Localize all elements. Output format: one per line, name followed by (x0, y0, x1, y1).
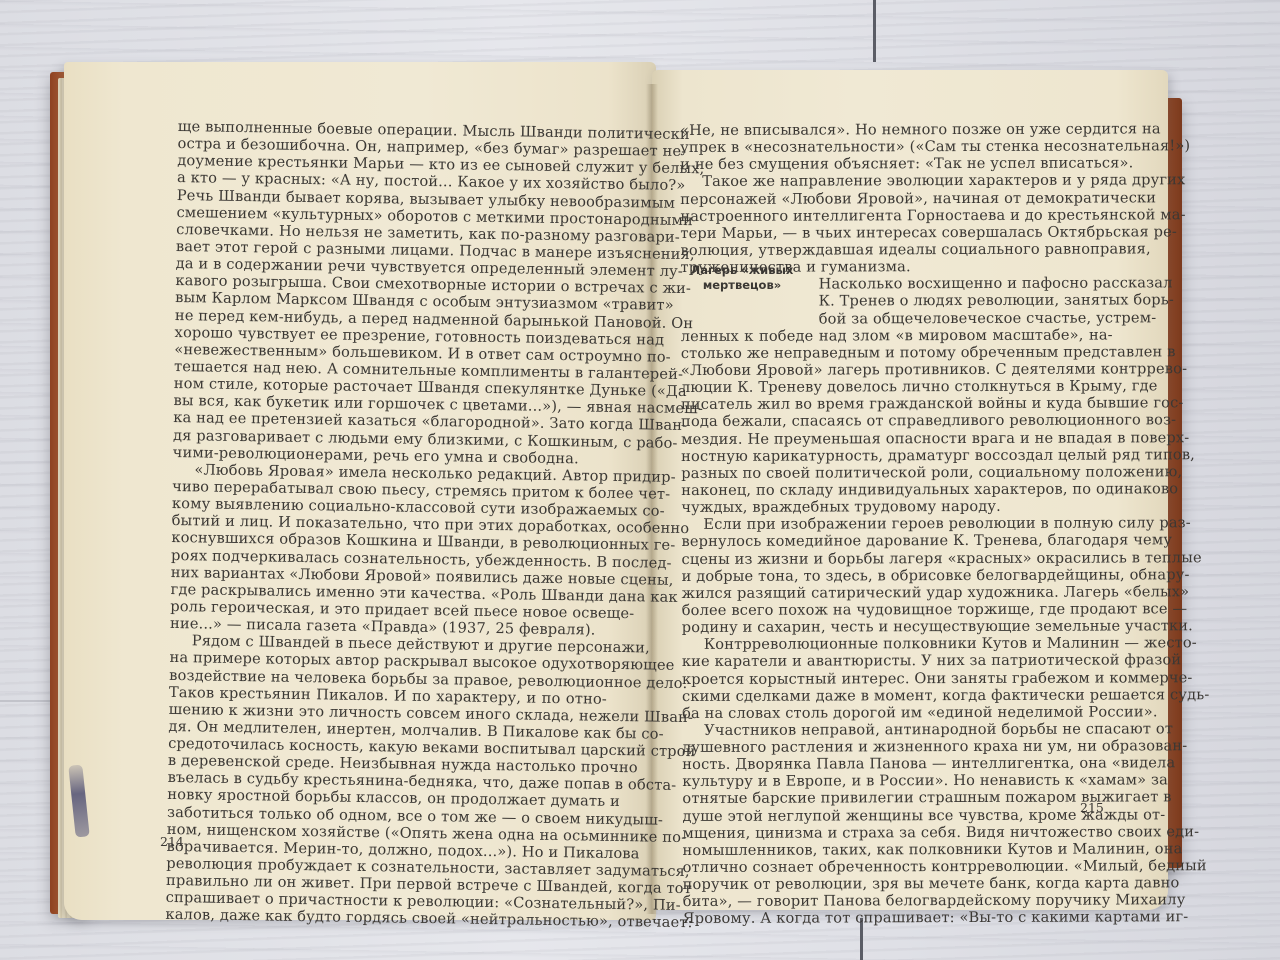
text-line: Такое же направление эволюции характеров… (680, 172, 1112, 191)
text-line: Насколько восхищенно и пафосно рассказал (819, 275, 1113, 293)
text-line: культуру и в Европе, и в России». Но нен… (682, 772, 1114, 791)
text-line: разных по своей политической роли, социа… (681, 463, 1113, 482)
text-line: люции К. Треневу довелось лично столкнут… (681, 378, 1113, 397)
text-line: волюция, утверждавшая идеалы социального… (680, 240, 1112, 259)
text-line: чуждых, враждебных трудовому народу. (681, 498, 1113, 517)
text-line: ленных к победе над злом «в мировом масш… (681, 326, 1113, 345)
text-line: душевного растления и жизненного краха н… (682, 738, 1114, 757)
text-line: отнятые барские привилегии страшным пожа… (682, 789, 1114, 808)
text-line: кие каратели и авантюристы. У них за пат… (682, 652, 1114, 671)
text-line: отлично сознает обреченность контрреволю… (683, 858, 1115, 877)
text-line: поручик от революции, зря вы мечете банк… (683, 875, 1115, 894)
text-line: мездия. Не преуменьшая опасности врага и… (681, 429, 1113, 448)
text-line: Если при изображении героев революции в … (681, 515, 1113, 534)
text-line: скими сделками даже в момент, когда факт… (682, 686, 1114, 705)
left-page-text: ще выполненные боевые операции. Мысль Шв… (165, 118, 616, 930)
text-line: бита», — говорит Панова белогвардейскому… (683, 892, 1115, 911)
text-line: упрек в «несознательности» («Сам ты стен… (680, 138, 1112, 157)
text-line: тери Марьи, — в чьих интересах совершала… (680, 223, 1112, 242)
text-line: и добрые тона, то здесь, в обрисовке бел… (682, 566, 1114, 585)
text-line: жился разящий сатирический удар художник… (682, 583, 1114, 602)
text-line: Яровому. А когда тот спрашивает: «Вы-то … (683, 909, 1115, 928)
text-line: настроенного интеллигента Горностаева и … (680, 206, 1112, 225)
text-line: К. Тренев о людях революции, занятых бор… (819, 292, 1113, 310)
text-line: и не без смущения объясняет: «Так не усп… (680, 155, 1112, 174)
page-number-right: 215 (1080, 800, 1104, 815)
text-line: номышленников, таких, как полковники Кут… (683, 840, 1115, 859)
text-line: родину и сахарин, честь и несуществующие… (682, 618, 1114, 637)
section-side-heading: Лагерь «живых мертвецов» (690, 263, 794, 293)
text-line: писатель жил во время гражданской войны … (681, 395, 1113, 414)
page-number-left: 214 (160, 834, 184, 849)
text-line: мщения, цинизма и страха за себя. Видя н… (682, 823, 1114, 842)
text-line: сцены из жизни и борьбы лагеря «красных»… (681, 549, 1113, 568)
text-line: более всего похож на чудовищное торжище,… (682, 600, 1114, 619)
text-line: ба на словах столь дорогой им «единой не… (682, 703, 1114, 722)
text-line: ностную карикатурность, драматург воссоз… (681, 446, 1113, 465)
text-line: столько же неправедным и потому обреченн… (681, 343, 1113, 362)
text-line: «Любови Яровой» лагерь противников. С де… (681, 360, 1113, 379)
right-page-text: «Не, не вписывался». Но немного позже он… (680, 120, 1115, 927)
text-line: кроется корыстный интерес. Они заняты гр… (682, 669, 1114, 688)
text-line: ность. Дворянка Павла Панова — интеллиге… (682, 755, 1114, 774)
side-heading-line: мертвецов» (690, 278, 794, 293)
text-line: «Не, не вписывался». Но немного позже он… (680, 120, 1112, 139)
text-line: наконец, по складу индивидуальных характ… (681, 480, 1113, 499)
text-line: душе этой неглупой женщины все чувства, … (682, 806, 1114, 825)
side-heading-line: Лагерь «живых (690, 263, 794, 278)
text-line: вернулось комедийное дарование К. Тренев… (681, 532, 1113, 551)
text-line: Участников неправой, антинародной борьбы… (682, 720, 1114, 739)
text-line: персонажей «Любови Яровой», начиная от д… (680, 189, 1112, 208)
text-line: пода бежали, спасаясь от справедливого р… (681, 412, 1113, 431)
floor-plank-gap (873, 0, 876, 62)
text-line: бой за общечеловеческое счастье, устрем- (819, 309, 1113, 327)
text-line: Контрреволюционные полковники Кутов и Ма… (682, 635, 1114, 654)
